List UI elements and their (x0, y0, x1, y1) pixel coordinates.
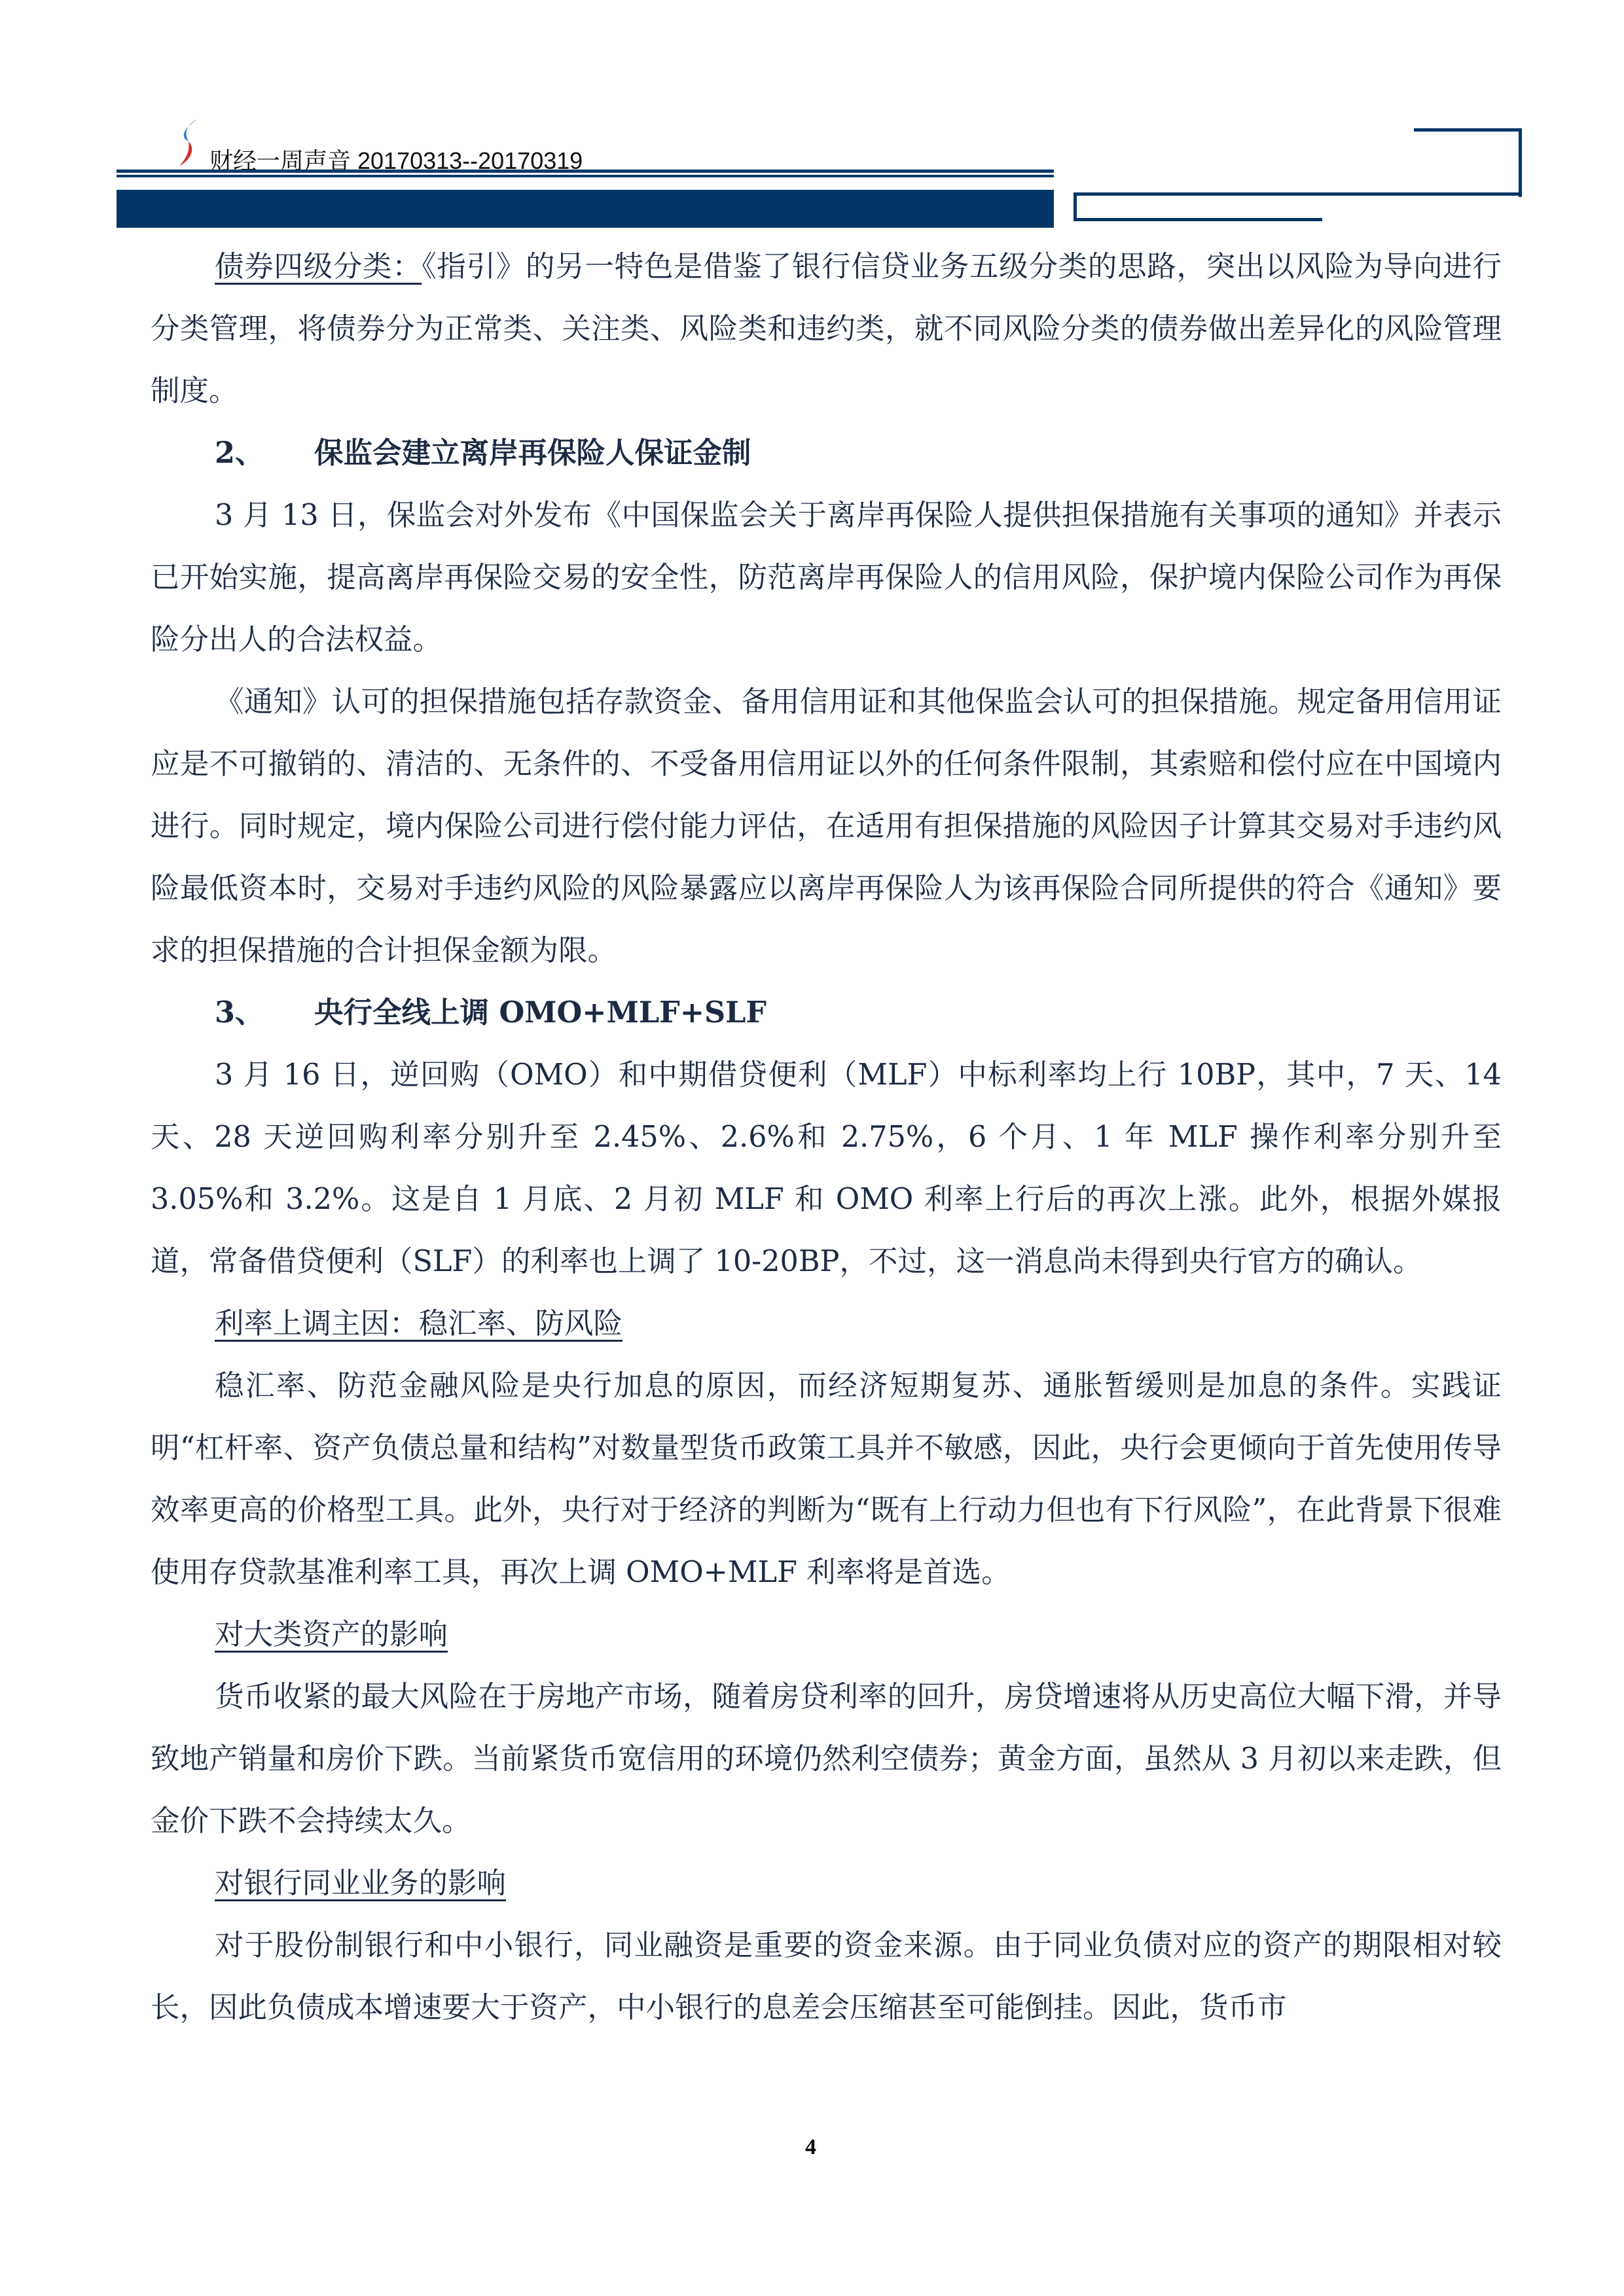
paragraph: 《通知》认可的担保措施包括存款资金、备用信用证和其他保监会认可的担保措施。规定备… (151, 671, 1502, 982)
subheading: 对银行同业业务的影响 (151, 1852, 1502, 1914)
paragraph: 货币收紧的最大风险在于房地产市场，随着房贷利率的回升，房贷增速将从历史高位大幅下… (151, 1666, 1502, 1852)
paragraph: 3 月 16 日，逆回购（OMO）和中期借贷便利（MLF）中标利率均上行 10B… (151, 1044, 1502, 1293)
document-body: 债券四级分类：《指引》的另一特色是借鉴了银行信贷业务五级分类的思路，突出以风险为… (151, 236, 1502, 2039)
swoosh-s-logo-icon (175, 118, 204, 168)
paragraph: 3 月 13 日，保监会对外发布《中国保监会关于离岸再保险人提供担保措施有关事项… (151, 484, 1502, 671)
header-decoration-bracket (1414, 128, 1522, 197)
paragraph: 稳汇率、防范金融风险是央行加息的原因，而经济短期复苏、通胀暂缓则是加息的条件。实… (151, 1355, 1502, 1604)
paragraph: 对于股份制银行和中小银行，同业融资是重要的资金来源。由于同业负债对应的资产的期限… (151, 1914, 1502, 2039)
inline-subhead: 债券四级分类： (215, 250, 422, 283)
header-rule (117, 170, 1054, 173)
paragraph-bond-classification: 债券四级分类：《指引》的另一特色是借鉴了银行信贷业务五级分类的思路，突出以风险为… (151, 236, 1502, 422)
subheading: 对大类资产的影响 (151, 1604, 1502, 1666)
header-rule-secondary (117, 175, 1054, 177)
subheading: 利率上调主因：稳汇率、防风险 (151, 1293, 1502, 1355)
page-number: 4 (805, 2135, 816, 2160)
header-band (117, 190, 1054, 228)
section-heading-2: 2、保监会建立离岸再保险人保证金制 (151, 422, 1502, 484)
section-heading-3: 3、央行全线上调 OMO+MLF+SLF (151, 982, 1502, 1044)
